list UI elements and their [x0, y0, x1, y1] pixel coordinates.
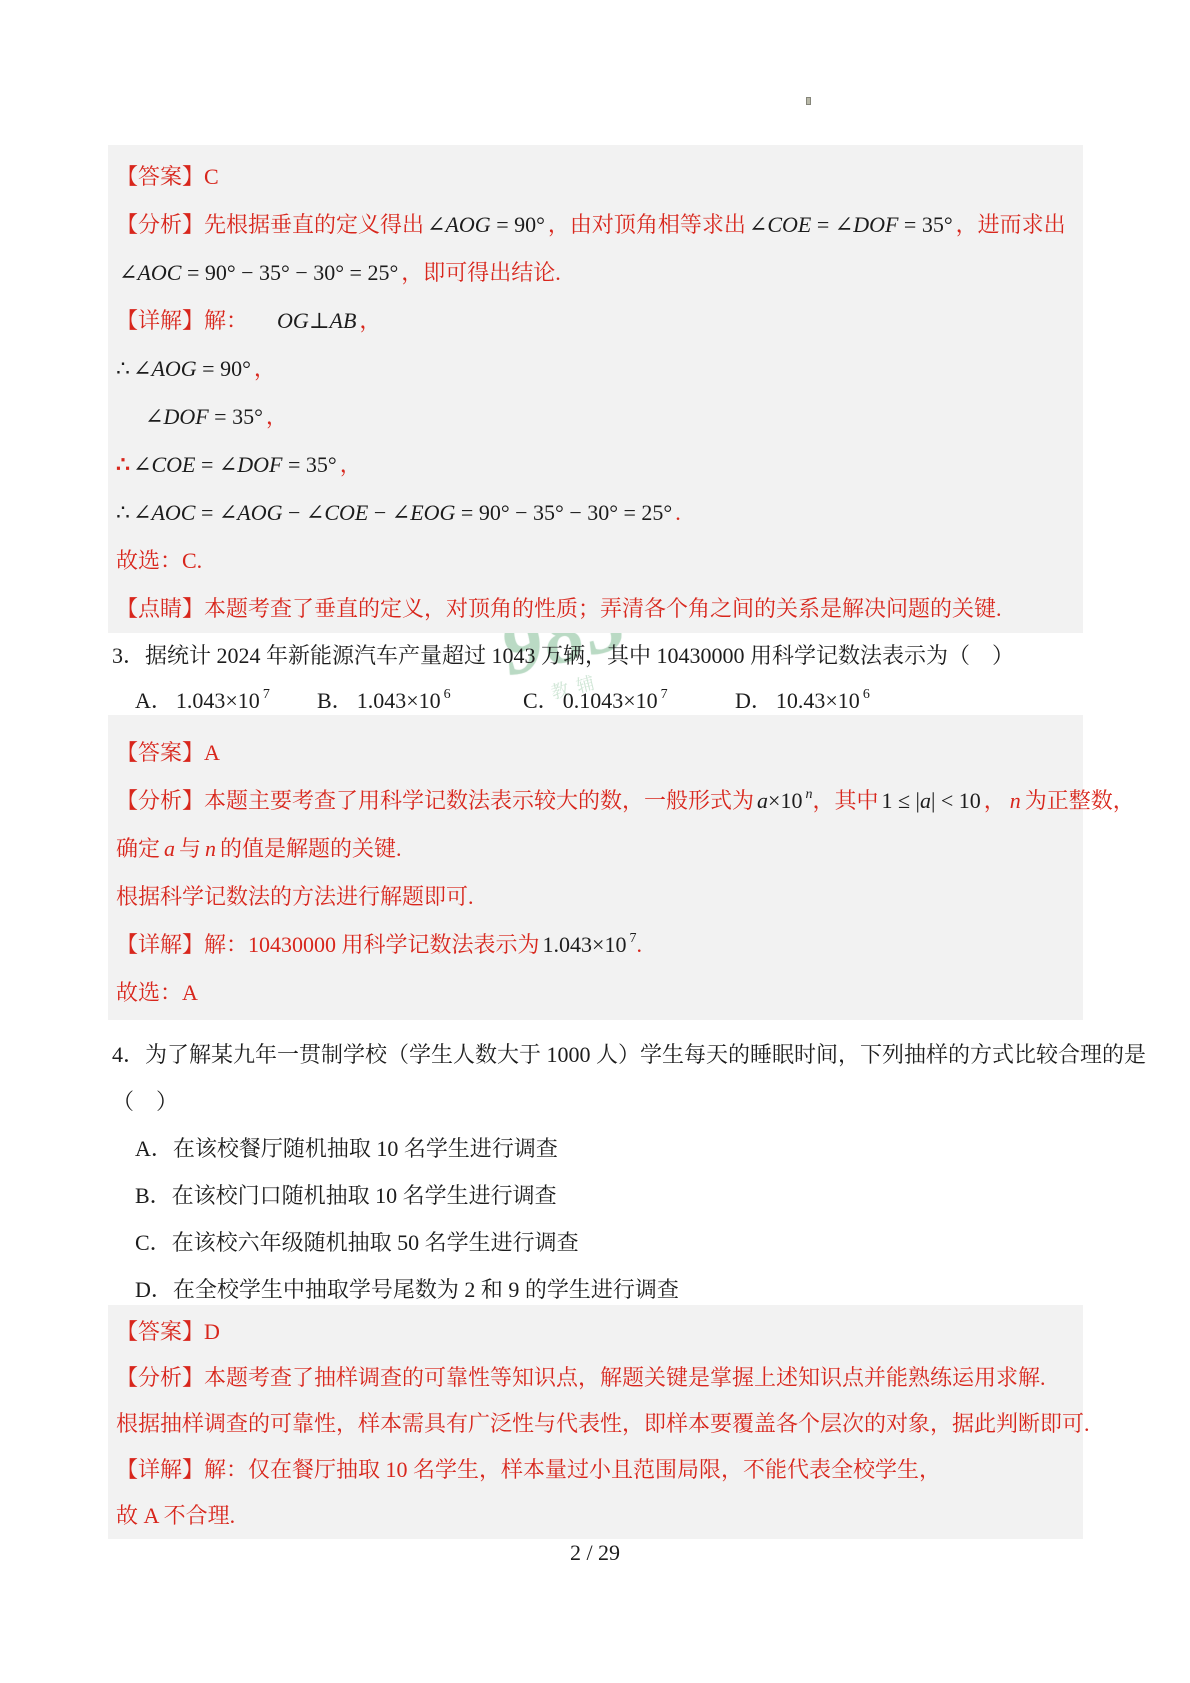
- analysis-line: 根据科学记数法的方法进行解题即可.: [116, 873, 1083, 921]
- math-expression: ∠AOC = ∠AOG − ∠COE − ∠EOG = 90° − 35° − …: [130, 500, 675, 525]
- analysis-line: 【分析】先根据垂直的定义得出∠AOG = 90°，由对顶角相等求出∠COE = …: [116, 201, 1083, 249]
- analysis-text: 为正整数，: [1025, 788, 1135, 813]
- option-value: 1.043×10: [173, 688, 263, 713]
- note-label: 【点睛】: [116, 596, 204, 621]
- answer-line: 【答案】A: [116, 729, 1083, 777]
- exponent: 6: [863, 687, 870, 702]
- punctuation: ，: [254, 356, 276, 381]
- variable-n: n: [1006, 788, 1025, 813]
- option-label: B．: [317, 688, 354, 713]
- detail-label: 【详解】: [116, 308, 204, 333]
- analysis-text: 的值是解题的关键.: [220, 836, 402, 861]
- option-value: 1.043×10: [354, 688, 444, 713]
- analysis-text: 与: [179, 836, 201, 861]
- therefore-symbol: ∴: [116, 356, 130, 381]
- exponent: 6: [444, 687, 451, 702]
- analysis-text: 先根据垂直的定义得出: [204, 212, 424, 237]
- detail-line: 【详解】解：10430000 用科学记数法表示为1.043×107.: [116, 921, 1083, 969]
- option-c: C．在该校六年级随机抽取 50 名学生进行调查: [108, 1219, 1083, 1266]
- analysis-text: 本题主要考查了用科学记数法表示较大的数，一般形式为: [204, 788, 754, 813]
- math-expression: ∠COE = ∠DOF = 35°: [130, 452, 340, 477]
- analysis-line: 根据抽样调查的可靠性，样本需具有广泛性与代表性，即样本要覆盖各个层次的对象，据此…: [116, 1401, 1083, 1447]
- exponent: n: [805, 787, 812, 802]
- solution-block-q4: 【答案】D 【分析】本题考查了抽样调查的可靠性等知识点，解题关键是掌握上述知识点…: [108, 1305, 1083, 1539]
- math-expression: 1.043×10: [540, 932, 630, 957]
- analysis-text: 根据科学记数法的方法进行解题即可.: [116, 884, 474, 909]
- analysis-label: 【分析】: [116, 1365, 204, 1390]
- answer-label: 【答案】: [116, 1319, 204, 1344]
- math-expression: ∠AOC = 90° − 35° − 30° = 25°: [116, 260, 401, 285]
- solution-block-q3: 【答案】A 【分析】本题主要考查了用科学记数法表示较大的数，一般形式为a×10n…: [108, 715, 1083, 1020]
- conclusion-line: 故 A 不合理.: [116, 1493, 1083, 1539]
- math-expression: 1 ≤ |a| < 10: [878, 788, 983, 813]
- conclusion-line: 故选：A: [116, 969, 1083, 1017]
- detail-text: 解：10430000 用科学记数法表示为: [204, 932, 540, 957]
- analysis-text: 确定: [116, 836, 160, 861]
- derivation-step: ∴∠AOG = 90°，: [116, 345, 1083, 393]
- analysis-line: 【分析】本题主要考查了用科学记数法表示较大的数，一般形式为a×10n，其中1 ≤…: [116, 777, 1083, 825]
- math-expression: OG⊥AB: [274, 308, 359, 333]
- detail-line: 【详解】解：OG⊥AB，: [116, 297, 1083, 345]
- detail-jie: 解：: [204, 308, 248, 333]
- analysis-line: 确定a与n的值是解题的关键.: [116, 825, 1083, 873]
- answer-label: 【答案】: [116, 740, 204, 765]
- answer-value: A: [204, 740, 220, 765]
- option-b: B．在该校门口随机抽取 10 名学生进行调查: [108, 1172, 1083, 1219]
- solution-block-q2: 【答案】C 【分析】先根据垂直的定义得出∠AOG = 90°，由对顶角相等求出∠…: [108, 145, 1083, 633]
- punctuation: .: [636, 932, 642, 957]
- analysis-label: 【分析】: [116, 212, 204, 237]
- option-label: C．: [523, 688, 560, 713]
- analysis-text: ，其中: [812, 788, 878, 813]
- option-a: A．在该校餐厅随机抽取 10 名学生进行调查: [108, 1125, 1083, 1172]
- punctuation: ，: [359, 308, 381, 333]
- analysis-text: 根据抽样调查的可靠性，样本需具有广泛性与代表性，即样本要覆盖各个层次的对象，据此…: [116, 1411, 1090, 1436]
- math-expression: ∠AOG = 90°: [130, 356, 254, 381]
- conclusion-text: 故 A 不合理.: [116, 1503, 235, 1528]
- analysis-text: ，由对顶角相等求出: [548, 212, 746, 237]
- punctuation: ，: [266, 404, 288, 429]
- page-footer: 2 / 29: [0, 1538, 1190, 1568]
- detail-label: 【详解】: [116, 932, 204, 957]
- answer-value: C: [204, 164, 219, 189]
- note-text: 本题考查了垂直的定义，对顶角的性质；弄清各个角之间的关系是解决问题的关键.: [204, 596, 1002, 621]
- detail-text: 解：仅在餐厅抽取 10 名学生，样本量过小且范围局限，不能代表全校学生，: [204, 1457, 941, 1482]
- answer-line: 【答案】C: [116, 153, 1083, 201]
- answer-label: 【答案】: [116, 164, 204, 189]
- punctuation: ，: [984, 788, 1006, 813]
- answer-value: D: [204, 1319, 220, 1344]
- option-value: 10.43×10: [773, 688, 863, 713]
- math-expression: ∠COE = ∠DOF = 35°: [746, 212, 956, 237]
- question-stem: 3．据统计 2024 年新能源汽车产量超过 1043 万辆，其中 1043000…: [108, 633, 1083, 678]
- option-label: D．: [735, 688, 773, 713]
- math-expression: ∠DOF = 35°: [142, 404, 266, 429]
- punctuation: .: [675, 500, 681, 525]
- note-line: 【点睛】本题考查了垂直的定义，对顶角的性质；弄清各个角之间的关系是解决问题的关键…: [116, 585, 1083, 633]
- option-value: 0.1043×10: [560, 688, 661, 713]
- analysis-text: ，即可得出结论.: [401, 260, 561, 285]
- variable-a: a: [160, 836, 179, 861]
- therefore-symbol: ∴: [116, 500, 130, 525]
- analysis-label: 【分析】: [116, 788, 204, 813]
- question-stem: 4．为了解某九年一贯制学校（学生人数大于 1000 人）学生每天的睡眠时间，下列…: [108, 1031, 1083, 1078]
- exponent: 7: [661, 687, 668, 702]
- math-expression: ∠AOG = 90°: [424, 212, 548, 237]
- conclusion-text: 故选：C.: [116, 548, 202, 573]
- derivation-step: ∴∠AOC = ∠AOG − ∠COE − ∠EOG = 90° − 35° −…: [116, 489, 1083, 537]
- therefore-symbol: ∴: [116, 452, 130, 477]
- page-number: 2 / 29: [570, 1540, 620, 1565]
- derivation-step: ∴∠COE = ∠DOF = 35°，: [116, 441, 1083, 489]
- exponent: 7: [263, 687, 270, 702]
- analysis-line: 【分析】本题考查了抽样调查的可靠性等知识点，解题关键是掌握上述知识点并能熟练运用…: [116, 1355, 1083, 1401]
- answer-line: 【答案】D: [116, 1309, 1083, 1355]
- question-4: 4．为了解某九年一贯制学校（学生人数大于 1000 人）学生每天的睡眠时间，下列…: [108, 1031, 1083, 1313]
- page-artifact-mark: [806, 97, 811, 105]
- conclusion-text: 故选：A: [116, 980, 198, 1005]
- punctuation: ，: [340, 452, 362, 477]
- exponent: 7: [629, 931, 636, 946]
- analysis-text: 本题考查了抽样调查的可靠性等知识点，解题关键是掌握上述知识点并能熟练运用求解.: [204, 1365, 1046, 1390]
- analysis-text: ，进而求出: [956, 212, 1066, 237]
- question-3: 3．据统计 2024 年新能源汽车产量超过 1043 万辆，其中 1043000…: [108, 633, 1083, 723]
- analysis-line: ∠AOC = 90° − 35° − 30° = 25°，即可得出结论.: [116, 249, 1083, 297]
- math-expression: a×10: [754, 788, 805, 813]
- variable-n: n: [201, 836, 220, 861]
- detail-label: 【详解】: [116, 1457, 204, 1482]
- conclusion-line: 故选：C.: [116, 537, 1083, 585]
- question-stem-parens: （ ）: [108, 1078, 1083, 1125]
- option-label: A．: [135, 688, 173, 713]
- detail-line: 【详解】解：仅在餐厅抽取 10 名学生，样本量过小且范围局限，不能代表全校学生，: [116, 1447, 1083, 1493]
- derivation-step: ∠DOF = 35°，: [116, 393, 1083, 441]
